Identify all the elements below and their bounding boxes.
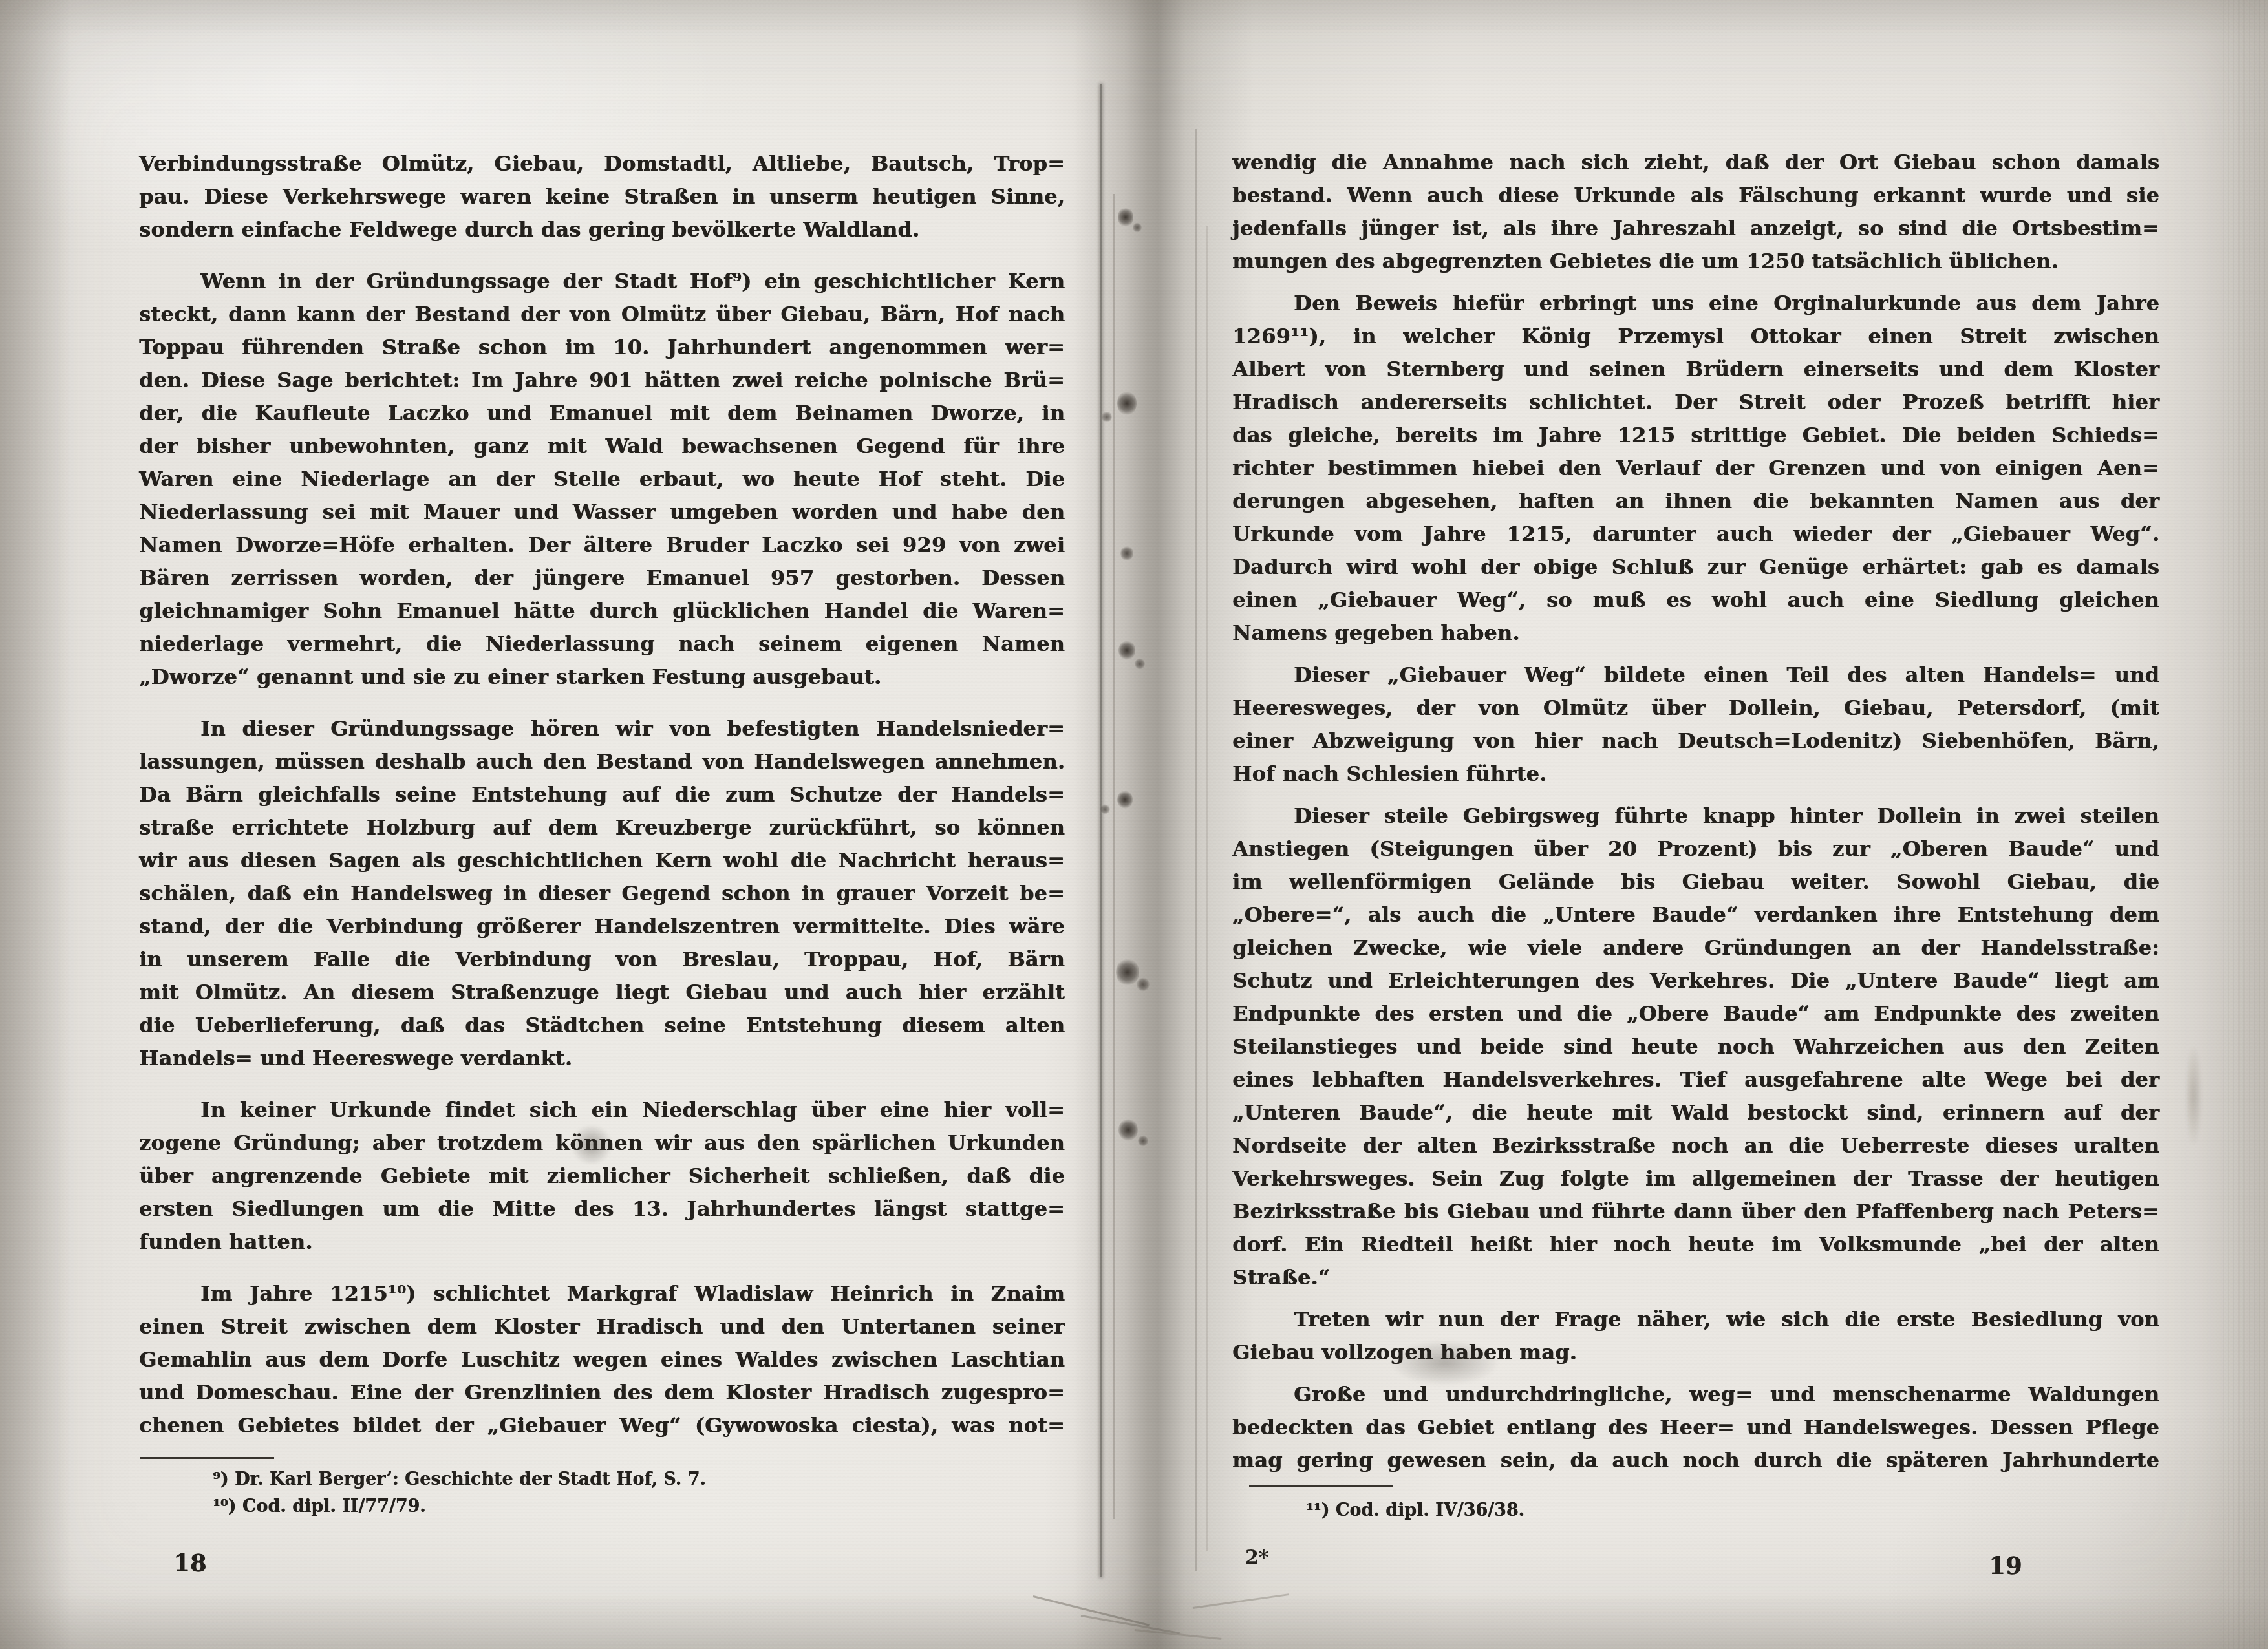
text-line: Toppau führenden Straße schon im 10. Jah… bbox=[139, 331, 1065, 364]
gutter-crease-line bbox=[1113, 194, 1115, 1519]
page-corner-edge bbox=[1135, 1629, 1222, 1640]
ink-stain bbox=[1135, 658, 1145, 670]
text-line: gleichen Zwecke, wie viele andere Gründu… bbox=[1232, 931, 2159, 964]
text-line: Hradisch andererseits schlichtet. Der St… bbox=[1232, 386, 2159, 419]
ink-stain bbox=[1116, 958, 1139, 986]
ink-stain bbox=[1100, 804, 1110, 814]
text-line: Verkehrsweges. Sein Zug folgte im allgem… bbox=[1232, 1162, 2159, 1195]
ink-stain bbox=[1118, 1118, 1138, 1142]
page-number: 18 bbox=[173, 1549, 207, 1577]
text-line: Straße.“ bbox=[1232, 1261, 2159, 1294]
text-line: Albert von Sternberg und seinen Brüdern … bbox=[1232, 353, 2159, 386]
text-line: Waren eine Niederlage an der Stelle erba… bbox=[139, 463, 1065, 496]
text-line: mit Olmütz. An diesem Straßenzuge liegt … bbox=[139, 976, 1065, 1009]
text-line: Verbindungsstraße Olmütz, Giebau, Domsta… bbox=[139, 147, 1065, 180]
ink-stain bbox=[1117, 390, 1137, 416]
right-page-footnotes: ¹¹) Cod. dipl. IV/36/38. bbox=[1232, 1497, 2159, 1524]
ink-stain bbox=[1118, 640, 1135, 661]
text-line: über angrenzende Gebiete mit ziemlicher … bbox=[139, 1160, 1065, 1193]
text-line: Urkunde vom Jahre 1215, darunter auch wi… bbox=[1232, 518, 2159, 551]
page-corner-edge bbox=[1081, 1615, 1180, 1634]
text-line: der bisher unbewohnten, ganz mit Wald be… bbox=[139, 430, 1065, 463]
text-line: Gemahlin aus dem Dorfe Luschitz wegen ei… bbox=[139, 1343, 1065, 1376]
text-line: das gleiche, bereits im Jahre 1215 strit… bbox=[1232, 419, 2159, 452]
text-line: In keiner Urkunde findet sich ein Nieder… bbox=[139, 1094, 1065, 1127]
signature-mark: 2* bbox=[1245, 1546, 1269, 1569]
page-number: 19 bbox=[1989, 1551, 2022, 1580]
text-line: „Dworze“ genannt und sie zu einer starke… bbox=[139, 661, 1065, 694]
text-line: In dieser Gründungssage hören wir von be… bbox=[139, 712, 1065, 745]
book-gutter-shadow bbox=[1073, 0, 1254, 1649]
right-page-text: wendig die Annahme nach sich zieht, daß … bbox=[1232, 146, 2159, 1477]
text-line: Da Bärn gleichfalls seine Entstehung auf… bbox=[139, 778, 1065, 811]
text-line: Giebau vollzogen haben mag. bbox=[1232, 1336, 2159, 1369]
text-line: Im Jahre 1215¹⁰) schlichtet Markgraf Wla… bbox=[139, 1277, 1065, 1310]
text-line: straße errichtete Holzburg auf dem Kreuz… bbox=[139, 811, 1065, 844]
footnote: ¹¹) Cod. dipl. IV/36/38. bbox=[1232, 1497, 2159, 1524]
text-line: Anstiegen (Steigungen über 20 Prozent) b… bbox=[1232, 833, 2159, 866]
text-line: steckt, dann kann der Bestand der von Ol… bbox=[139, 298, 1065, 331]
text-line: Bezirksstraße bis Giebau und führte dann… bbox=[1232, 1195, 2159, 1228]
left-page-text: Verbindungsstraße Olmütz, Giebau, Domsta… bbox=[139, 147, 1065, 1442]
text-line: der, die Kaufleute Laczko und Emanuel mi… bbox=[139, 397, 1065, 430]
text-line: einen Streit zwischen dem Kloster Hradis… bbox=[139, 1310, 1065, 1343]
text-line: Den Beweis hiefür erbringt uns eine Orgi… bbox=[1232, 287, 2159, 320]
text-line: Große und undurchdringliche, weg= und me… bbox=[1232, 1378, 2159, 1411]
footnote-rule bbox=[1249, 1485, 1393, 1487]
text-line: Endpunkte des ersten und die „Obere Baud… bbox=[1232, 997, 2159, 1030]
text-line: Niederlassung sei mit Mauer und Wasser u… bbox=[139, 496, 1065, 529]
text-line: stand, der die Verbindung größerer Hande… bbox=[139, 910, 1065, 943]
left-page-footnotes: ⁹) Dr. Karl Berger’: Geschichte der Stad… bbox=[139, 1466, 1065, 1520]
text-line: jedenfalls jünger ist, als ihre Jahresza… bbox=[1232, 212, 2159, 245]
text-line: Wenn in der Gründungssage der Stadt Hof⁹… bbox=[139, 265, 1065, 298]
scan-edge-shadow bbox=[0, 0, 71, 1649]
text-line: die Ueberlieferung, daß das Städtchen se… bbox=[139, 1009, 1065, 1042]
ink-stain bbox=[1117, 790, 1133, 809]
text-line: lassungen, müssen deshalb auch den Besta… bbox=[139, 745, 1065, 778]
page-edge-line bbox=[1195, 129, 1197, 1571]
text-line: eines lebhaften Handelsverkehres. Tief a… bbox=[1232, 1063, 2159, 1096]
text-line: derungen abgesehen, haften an ihnen die … bbox=[1232, 485, 2159, 518]
text-line: wendig die Annahme nach sich zieht, daß … bbox=[1232, 146, 2159, 179]
ink-stain bbox=[1118, 207, 1133, 228]
text-line: mungen des abgegrenzten Gebietes die um … bbox=[1232, 245, 2159, 278]
text-line: einer Abzweigung von hier nach Deutsch=L… bbox=[1232, 725, 2159, 758]
text-line: niederlage vermehrt, die Niederlassung n… bbox=[139, 628, 1065, 661]
page-corner-edge bbox=[1193, 1593, 1289, 1609]
text-line: Handels= und Heereswege verdankt. bbox=[139, 1042, 1065, 1075]
text-line: mag gering gewesen sein, da auch noch du… bbox=[1232, 1444, 2159, 1477]
text-line: schälen, daß ein Handelsweg in dieser Ge… bbox=[139, 877, 1065, 910]
text-line: bestand. Wenn auch diese Urkunde als Fäl… bbox=[1232, 179, 2159, 212]
ink-stain bbox=[1133, 222, 1142, 233]
scan-edge-shadow bbox=[0, 1594, 2268, 1649]
text-line: gleichnamiger Sohn Emanuel hätte durch g… bbox=[139, 595, 1065, 628]
text-line: Dadurch wird wohl der obige Schluß zur G… bbox=[1232, 551, 2159, 584]
text-line: Bären zerrissen worden, der jüngere Eman… bbox=[139, 562, 1065, 595]
footnote-rule bbox=[140, 1457, 274, 1459]
ink-stain bbox=[1137, 977, 1150, 992]
text-line: Dieser „Giebauer Weg“ bildete einen Teil… bbox=[1232, 659, 2159, 692]
text-line: zogene Gründung; aber trotzdem können wi… bbox=[139, 1127, 1065, 1160]
text-line: Hof nach Schlesien führte. bbox=[1232, 758, 2159, 791]
text-line: pau. Diese Verkehrswege waren keine Stra… bbox=[139, 180, 1065, 213]
book-scan: Verbindungsstraße Olmütz, Giebau, Domsta… bbox=[0, 0, 2268, 1649]
text-line: funden hatten. bbox=[139, 1226, 1065, 1259]
gutter-crease-line bbox=[1100, 84, 1102, 1577]
text-line: Schutz und Erleichterungen des Verkehres… bbox=[1232, 964, 2159, 997]
ink-stain bbox=[1102, 411, 1112, 423]
text-line: ersten Siedlungen um die Mitte des 13. J… bbox=[139, 1193, 1065, 1226]
footnote: ⁹) Dr. Karl Berger’: Geschichte der Stad… bbox=[139, 1466, 1065, 1493]
text-line: Steilanstieges und beide sind heute noch… bbox=[1232, 1030, 2159, 1063]
text-line: Dieser steile Gebirgsweg führte knapp hi… bbox=[1232, 800, 2159, 833]
text-line: Namens gegeben haben. bbox=[1232, 617, 2159, 650]
text-line: den. Diese Sage berichtet: Im Jahre 901 … bbox=[139, 364, 1065, 397]
footnote: ¹⁰) Cod. dipl. II/77/79. bbox=[139, 1493, 1065, 1520]
text-line: Namen Dworze=Höfe erhalten. Der ältere B… bbox=[139, 529, 1065, 562]
text-line: Nordseite der alten Bezirksstraße noch a… bbox=[1232, 1129, 2159, 1162]
text-line: und Domeschau. Eine der Grenzlinien des … bbox=[139, 1376, 1065, 1409]
text-line: sondern einfache Feldwege durch das geri… bbox=[139, 213, 1065, 246]
text-line: Treten wir nun der Frage näher, wie sich… bbox=[1232, 1303, 2159, 1336]
text-line: im wellenförmigen Gelände bis Giebau wei… bbox=[1232, 866, 2159, 899]
text-line: dorf. Ein Riedteil heißt hier noch heute… bbox=[1232, 1228, 2159, 1261]
text-line: bedeckten das Gebiet entlang des Heer= u… bbox=[1232, 1411, 2159, 1444]
ink-stain bbox=[1138, 1135, 1148, 1147]
text-line: in unserem Falle die Verbindung von Bres… bbox=[139, 943, 1065, 976]
text-line: 1269¹¹), in welcher König Przemysl Ottok… bbox=[1232, 320, 2159, 353]
text-line: „Unteren Baude“, die heute mit Wald best… bbox=[1232, 1096, 2159, 1129]
text-line: „Obere=“, als auch die „Untere Baude“ ve… bbox=[1232, 899, 2159, 931]
text-line: wir aus diesen Sagen als geschichtlichen… bbox=[139, 844, 1065, 877]
text-line: chenen Gebietes bildet der „Giebauer Weg… bbox=[139, 1409, 1065, 1442]
scan-edge-shadow bbox=[0, 0, 2268, 36]
page-corner-edge bbox=[1033, 1595, 1150, 1626]
ink-stain bbox=[1120, 546, 1133, 561]
page-edge-line bbox=[1206, 226, 1208, 1551]
text-line: richter bestimmen hiebei den Verlauf der… bbox=[1232, 452, 2159, 485]
text-line: einen „Giebauer Weg“, so muß es wohl auc… bbox=[1232, 584, 2159, 617]
paper-smudge bbox=[2185, 1047, 2202, 1144]
fore-edge-texture bbox=[2223, 0, 2268, 1649]
text-line: Heeresweges, der von Olmütz über Dollein… bbox=[1232, 692, 2159, 725]
